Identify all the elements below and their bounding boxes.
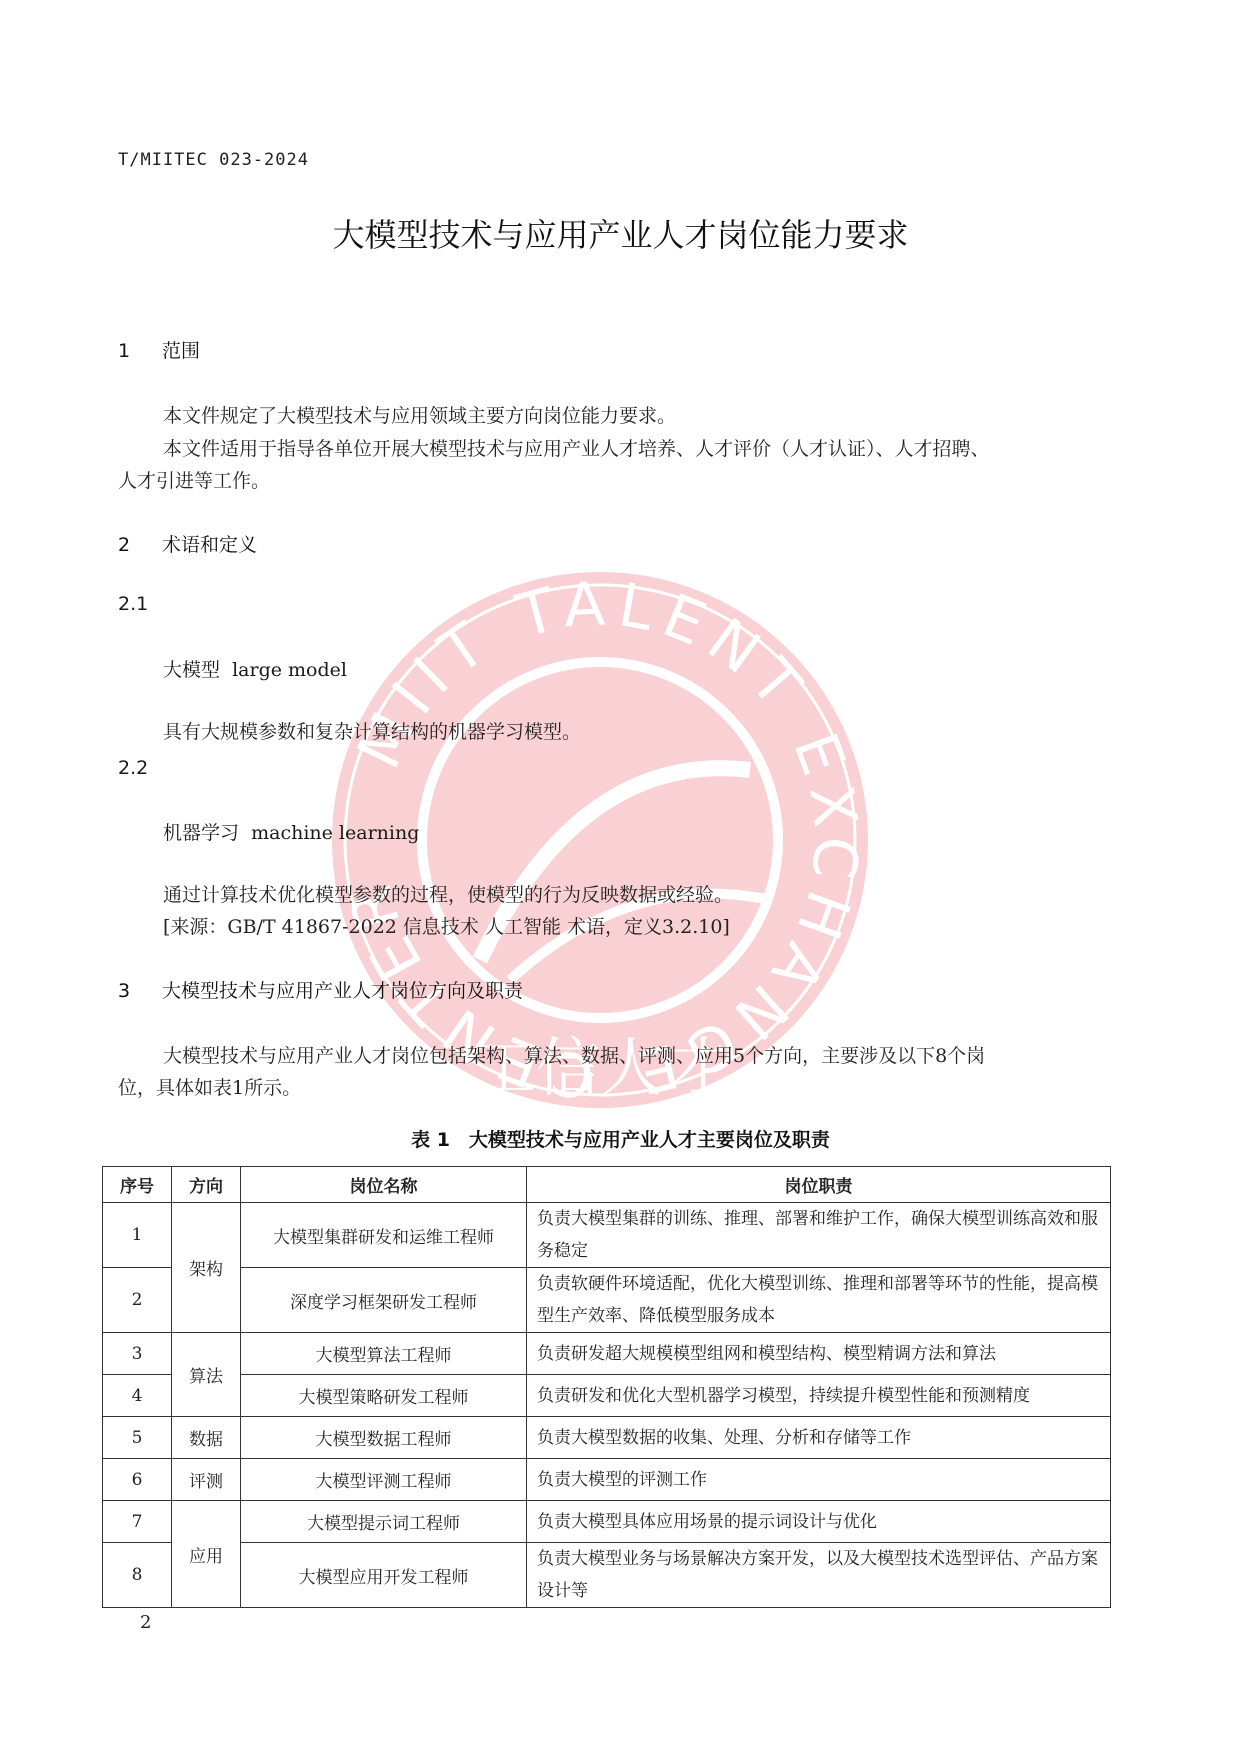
- header-role-name: 岗位名称: [241, 1167, 527, 1203]
- section-title: 大模型技术与应用产业人才岗位方向及职责: [162, 980, 523, 1002]
- cell-role-name: 大模型集群研发和运维工程师: [241, 1203, 527, 1268]
- cell-duty: 负责大模型集群的训练、推理、部署和维护工作，确保大模型训练高效和服务稳定: [527, 1203, 1111, 1268]
- cell-duty: 负责大模型的评测工作: [527, 1459, 1111, 1501]
- term-source: [来源：GB/T 41867-2022 信息技术 人工智能 术语，定义3.2.1…: [163, 912, 730, 939]
- document-code: T/MIITEC 023-2024: [118, 150, 309, 170]
- section-1-heading: 1范围: [118, 336, 200, 363]
- section-title: 术语和定义: [162, 534, 257, 556]
- cell-duty: 负责大模型业务与场景解决方案开发，以及大模型技术选型评估、产品方案设计等: [527, 1543, 1111, 1608]
- section-2-heading: 2术语和定义: [118, 530, 257, 557]
- paragraph: 位，具体如表1所示。: [118, 1073, 301, 1100]
- cell-no: 3: [103, 1333, 172, 1375]
- cell-no: 8: [103, 1543, 172, 1608]
- cell-no: 4: [103, 1375, 172, 1417]
- table-row: 6 评测 大模型评测工程师 负责大模型的评测工作: [103, 1459, 1111, 1501]
- term-zh: 大模型: [163, 659, 220, 681]
- cell-no: 2: [103, 1268, 172, 1333]
- cell-duty: 负责软硬件环境适配，优化大模型训练、推理和部署等环节的性能，提高模型生产效率、降…: [527, 1268, 1111, 1333]
- cell-no: 5: [103, 1417, 172, 1459]
- term-definition: 具有大规模参数和复杂计算结构的机器学习模型。: [163, 717, 581, 744]
- table-header-row: 序号 方向 岗位名称 岗位职责: [103, 1167, 1111, 1203]
- paragraph: 大模型技术与应用产业人才岗位包括架构、算法、数据、评测、应用5个方向，主要涉及以…: [163, 1041, 985, 1068]
- cell-no: 1: [103, 1203, 172, 1268]
- header-direction: 方向: [172, 1167, 241, 1203]
- cell-direction: 架构: [172, 1203, 241, 1333]
- cell-no: 6: [103, 1459, 172, 1501]
- term-entry: 机器学习 machine learning: [163, 818, 419, 845]
- cell-direction: 算法: [172, 1333, 241, 1417]
- cell-role-name: 大模型数据工程师: [241, 1417, 527, 1459]
- section-number: 3: [118, 980, 162, 1002]
- cell-duty: 负责大模型数据的收集、处理、分析和存储等工作: [527, 1417, 1111, 1459]
- cell-duty: 负责研发超大规模模型组网和模型结构、模型精调方法和算法: [527, 1333, 1111, 1375]
- document-title: 大模型技术与应用产业人才岗位能力要求: [0, 210, 1241, 256]
- cell-role-name: 大模型评测工程师: [241, 1459, 527, 1501]
- cell-role-name: 大模型提示词工程师: [241, 1501, 527, 1543]
- cell-duty: 负责研发和优化大型机器学习模型，持续提升模型性能和预测精度: [527, 1375, 1111, 1417]
- header-duty: 岗位职责: [527, 1167, 1111, 1203]
- header-no: 序号: [103, 1167, 172, 1203]
- document-page: MIIT TALENT EXCHANGE CENTER 工信人才 T/MIITE…: [0, 0, 1241, 1754]
- table-row: 4 大模型策略研发工程师 负责研发和优化大型机器学习模型，持续提升模型性能和预测…: [103, 1375, 1111, 1417]
- cell-role-name: 大模型策略研发工程师: [241, 1375, 527, 1417]
- roles-table: 序号 方向 岗位名称 岗位职责 1 架构 大模型集群研发和运维工程师 负责大模型…: [102, 1166, 1111, 1608]
- paragraph: 本文件适用于指导各单位开展大模型技术与应用产业人才培养、人才评价（人才认证）、人…: [163, 434, 990, 461]
- term-entry: 大模型 large model: [163, 655, 347, 682]
- section-number: 1: [118, 340, 162, 362]
- term-number: 2.2: [118, 757, 148, 779]
- page-number: 2: [140, 1612, 151, 1633]
- table-caption: 表 1 大模型技术与应用产业人才主要岗位及职责: [0, 1125, 1241, 1152]
- cell-direction: 应用: [172, 1501, 241, 1608]
- cell-role-name: 大模型算法工程师: [241, 1333, 527, 1375]
- cell-direction: 数据: [172, 1417, 241, 1459]
- table-row: 3 算法 大模型算法工程师 负责研发超大规模模型组网和模型结构、模型精调方法和算…: [103, 1333, 1111, 1375]
- table-row: 7 应用 大模型提示词工程师 负责大模型具体应用场景的提示词设计与优化: [103, 1501, 1111, 1543]
- paragraph: 人才引进等工作。: [118, 466, 270, 493]
- cell-duty: 负责大模型具体应用场景的提示词设计与优化: [527, 1501, 1111, 1543]
- cell-no: 7: [103, 1501, 172, 1543]
- section-number: 2: [118, 534, 162, 556]
- table-row: 8 大模型应用开发工程师 负责大模型业务与场景解决方案开发，以及大模型技术选型评…: [103, 1543, 1111, 1608]
- term-zh: 机器学习: [163, 822, 239, 844]
- section-3-heading: 3大模型技术与应用产业人才岗位方向及职责: [118, 976, 523, 1003]
- term-en: machine learning: [251, 822, 419, 844]
- term-en: large model: [232, 659, 347, 681]
- table-row: 1 架构 大模型集群研发和运维工程师 负责大模型集群的训练、推理、部署和维护工作…: [103, 1203, 1111, 1268]
- term-definition: 通过计算技术优化模型参数的过程，使模型的行为反映数据或经验。: [163, 880, 733, 907]
- section-title: 范围: [162, 340, 200, 362]
- term-number: 2.1: [118, 593, 148, 615]
- cell-role-name: 大模型应用开发工程师: [241, 1543, 527, 1608]
- paragraph: 本文件规定了大模型技术与应用领域主要方向岗位能力要求。: [163, 401, 676, 428]
- table-row: 5 数据 大模型数据工程师 负责大模型数据的收集、处理、分析和存储等工作: [103, 1417, 1111, 1459]
- cell-direction: 评测: [172, 1459, 241, 1501]
- cell-role-name: 深度学习框架研发工程师: [241, 1268, 527, 1333]
- table-row: 2 深度学习框架研发工程师 负责软硬件环境适配，优化大模型训练、推理和部署等环节…: [103, 1268, 1111, 1333]
